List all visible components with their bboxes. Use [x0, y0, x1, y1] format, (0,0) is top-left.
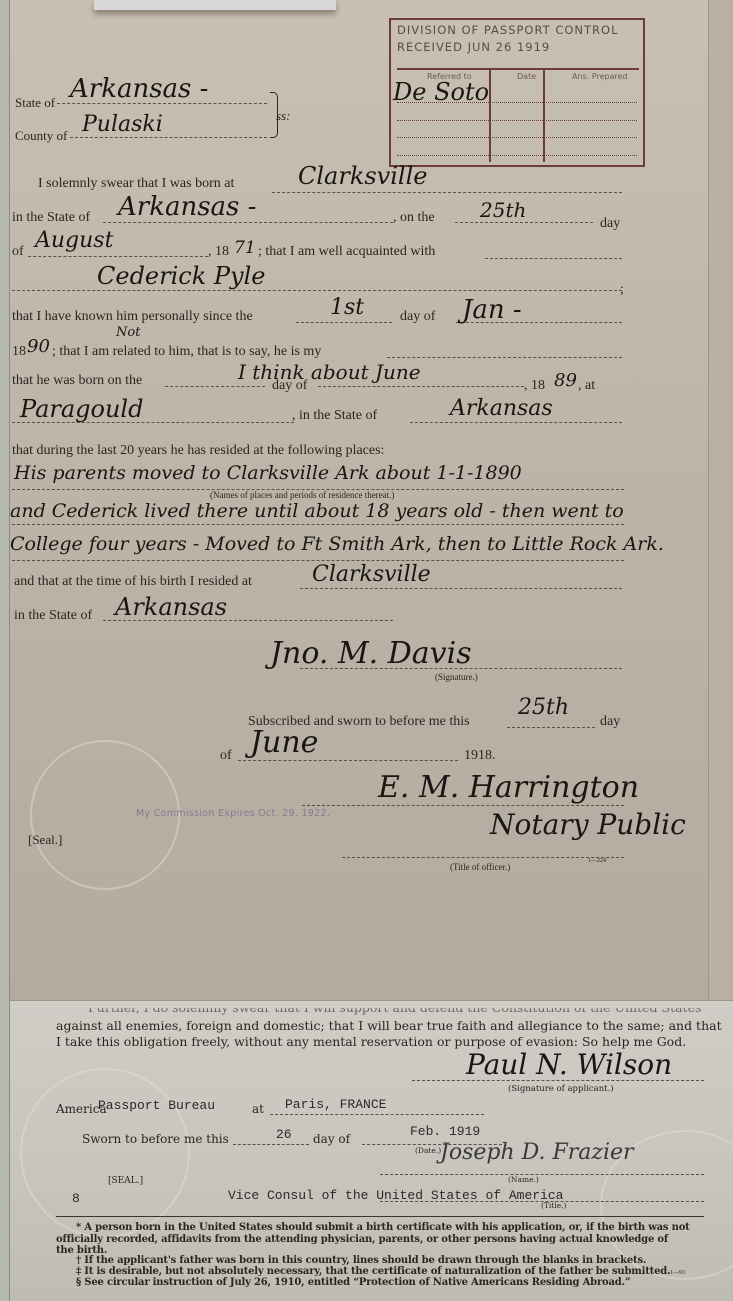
- footnote-divider: [56, 1216, 704, 1217]
- born-on-text: that he was born on the: [12, 373, 142, 389]
- resided-state-value: Arkansas: [115, 593, 227, 621]
- born-year-suffix: 89: [554, 370, 577, 391]
- known-year-prefix: 18: [12, 344, 26, 360]
- stamp-divider: [489, 70, 491, 162]
- location-line: [270, 1114, 484, 1115]
- born-year-prefix: , 18: [524, 378, 545, 394]
- in-state-field-line: [103, 222, 393, 223]
- consul-name-line: [380, 1174, 704, 1175]
- consul-signature: Joseph D. Frazier: [440, 1140, 634, 1165]
- residence-line-rule: [12, 560, 624, 561]
- commission-stamp: My Commission Expires Oct. 29, 1922.: [136, 808, 330, 819]
- fee-mark: 8: [72, 1191, 80, 1206]
- applicant-signature: Paul N. Wilson: [466, 1048, 672, 1081]
- not-insertion: Not: [116, 325, 140, 340]
- consular-seal-label: [SEAL.]: [108, 1176, 143, 1186]
- signature-line: [300, 668, 622, 669]
- known-day-value: 1st: [330, 295, 364, 320]
- birth-state-line: [410, 422, 622, 423]
- acquainted-text: ; that I am well acquainted with: [258, 244, 435, 260]
- applicant-signature-line: [412, 1080, 704, 1081]
- stamp-row-line: [397, 137, 637, 138]
- oath-line-1: against all enemies, foreign and domesti…: [56, 1018, 722, 1033]
- birthplace-value: Paragould: [20, 395, 143, 423]
- acquaintance-name: Cederick Pyle: [97, 262, 265, 290]
- title-line: [342, 857, 624, 858]
- acquaintance-name-line: [12, 290, 622, 291]
- born-day-of-label: day of: [272, 378, 307, 394]
- in-state-label: in the State of: [12, 210, 90, 226]
- county-field-line: [70, 137, 267, 138]
- jurat-day-line: [507, 727, 595, 728]
- jurat-year: 1918.: [464, 748, 496, 764]
- born-on-day-line: [165, 386, 265, 387]
- day-field-line: [455, 222, 593, 223]
- known-since-text: that I have known him personally since t…: [12, 309, 253, 325]
- residences-text: that during the last 20 years he has res…: [12, 443, 384, 459]
- oath-line-2: I take this obligation freely, without a…: [56, 1034, 686, 1049]
- ss-label: ss:: [276, 108, 290, 124]
- sworn-day-line: [233, 1144, 309, 1145]
- bureau-value: Passport Bureau: [98, 1098, 215, 1113]
- title-caption-lower: (Title.): [541, 1201, 567, 1210]
- name-caption: (Name.): [508, 1175, 539, 1184]
- related-text: ; that I am related to him, that is to s…: [52, 344, 321, 360]
- resided-value: Clarksville: [312, 562, 431, 587]
- footnote-4: § See circular instruction of July 26, 1…: [76, 1277, 630, 1288]
- stamp-row-line: [397, 120, 637, 121]
- footnote-1-cont: officially recorded, affidavits from the…: [56, 1234, 668, 1245]
- residences-caption: (Names of places and periods of residenc…: [210, 490, 394, 500]
- stamp-title: DIVISION OF PASSPORT CONTROL: [397, 23, 618, 37]
- born-on-value: I think about June: [238, 360, 421, 384]
- known-year-suffix: 90: [27, 336, 50, 357]
- stamp-divider: [543, 70, 545, 162]
- adjacent-page-edge: [0, 0, 10, 1301]
- bureau-at-label: at: [252, 1102, 264, 1116]
- birthplace-line: [12, 422, 294, 423]
- born-at-value: Clarksville: [298, 162, 427, 190]
- resided-line: [300, 588, 622, 589]
- seal-label: [Seal.]: [28, 832, 62, 848]
- affiant-signature: Jno. M. Davis: [270, 636, 472, 671]
- form-code: 1—224: [588, 858, 606, 864]
- birth-year-suffix: 71: [234, 238, 256, 258]
- year-prefix: , 18: [208, 244, 229, 260]
- notary-signature-line: [302, 805, 624, 806]
- signature-caption: (Signature.): [435, 672, 478, 682]
- notary-signature: E. M. Harrington: [378, 770, 639, 805]
- residence-line-rule: [12, 524, 624, 525]
- sworn-day-of-label: day of: [313, 1132, 350, 1146]
- county-value: Pulaski: [82, 112, 163, 137]
- title-caption: (Title of officer.): [450, 862, 510, 872]
- jurat-month-line: [238, 760, 458, 761]
- day-of-label: day of: [400, 309, 435, 325]
- state-label: State of: [15, 95, 55, 111]
- sworn-text: Sworn to before me this: [82, 1132, 229, 1146]
- footnote-2: † If the applicant's father was born in …: [76, 1255, 646, 1266]
- semicolon: ;: [620, 282, 624, 298]
- on-the-label: , on the: [393, 210, 435, 226]
- at-label: , at: [578, 378, 595, 394]
- born-month-line: [318, 386, 524, 387]
- birth-day-value: 25th: [480, 198, 526, 222]
- acquainted-field-line: [485, 258, 622, 259]
- known-month-value: Jan -: [462, 295, 522, 325]
- applicant-caption: (Signature of applicant.): [508, 1084, 614, 1094]
- jurat-day-value: 25th: [518, 695, 569, 720]
- born-at-field-line: [272, 192, 622, 193]
- stamp-header-date: Date: [517, 72, 536, 81]
- footnote-code: 1—93: [670, 1270, 685, 1276]
- day-label: day: [600, 216, 620, 232]
- consular-seal-emboss: [20, 1068, 190, 1238]
- jurat-day-label: day: [600, 714, 620, 730]
- in-state-of-label: , in the State of: [292, 408, 377, 424]
- county-label: County of: [15, 128, 67, 144]
- relation-field-line: [387, 357, 622, 358]
- month-field-line: [28, 256, 208, 257]
- passport-control-stamp: DIVISION OF PASSPORT CONTROL RECEIVED JU…: [389, 18, 645, 167]
- date-caption: (Date.): [415, 1146, 441, 1155]
- stamp-header-answer: Ans. Prepared: [572, 72, 628, 81]
- notary-title-value: Notary Public: [490, 808, 686, 841]
- state-value: Arkansas -: [70, 74, 208, 104]
- jurat-of-label: of: [220, 748, 232, 764]
- stamp-row-line: [397, 155, 637, 156]
- resided-state-label: in the State of: [14, 608, 92, 624]
- footnote-3: ‡ It is desirable, but not absolutely ne…: [76, 1266, 670, 1277]
- sworn-day-value: 26: [276, 1127, 292, 1142]
- referred-to-handwriting: De Soto: [393, 78, 489, 106]
- jurat-month-value: June: [250, 725, 318, 760]
- footnote-1: * A person born in the United States sho…: [76, 1222, 690, 1233]
- birth-state-value: Arkansas: [450, 396, 553, 421]
- resided-text: and that at the time of his birth I resi…: [14, 574, 252, 590]
- of-label: of: [12, 244, 24, 260]
- location-value: Paris, FRANCE: [285, 1097, 386, 1112]
- swear-text: I solemnly swear that I was born at: [38, 176, 234, 192]
- sworn-date-value: Feb. 1919: [410, 1124, 480, 1139]
- stamp-received-date: RECEIVED JUN 26 1919: [397, 40, 550, 54]
- attached-paper-slip: [94, 0, 336, 10]
- in-state-value: Arkansas -: [118, 192, 256, 222]
- residence-line-2: and Cederick lived there until about 18 …: [10, 500, 624, 522]
- page-fold-edge: [708, 0, 733, 1000]
- birth-month-value: August: [35, 228, 113, 253]
- known-day-line: [296, 322, 392, 323]
- residence-line-3: College four years - Moved to Ft Smith A…: [10, 533, 664, 555]
- residence-line-1: His parents moved to Clarksville Ark abo…: [14, 462, 522, 484]
